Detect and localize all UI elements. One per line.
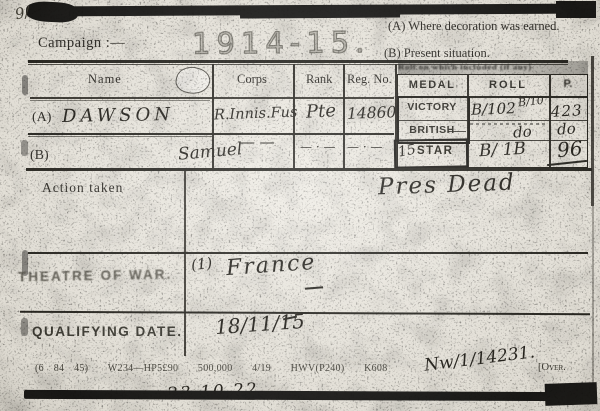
scan-top-blob-right xyxy=(556,1,596,18)
scan-left-mark xyxy=(21,318,28,336)
campaign-stamp-1914-15: 1914-15. xyxy=(192,25,371,61)
star-roll-value: B/ 1B xyxy=(479,139,527,161)
victory-medal-label: VICTORY xyxy=(397,101,467,113)
medal-index-card: 9/ Campaign :— 1914-15. (A) Where decora… xyxy=(0,0,600,411)
roll-col-header: ROLL xyxy=(467,79,549,91)
rule-under-theatre xyxy=(20,311,590,315)
printer-code-line: (6 84 45) W234—HP5£90 500,000 4/19 HWV(P… xyxy=(35,363,388,374)
british-label-strike xyxy=(448,131,466,132)
scan-bottom-band xyxy=(24,390,570,401)
qualifying-date-value: 18/11/15 xyxy=(214,309,305,339)
victory-roll-note: B/10 xyxy=(517,94,544,110)
theatre-value-france: France xyxy=(225,250,317,281)
medal-roll-smudged-heading: Roll on which included (if any) xyxy=(398,61,588,74)
paper-flaw-blob xyxy=(173,63,213,97)
header-name: Name xyxy=(88,72,122,87)
header-rank: Rank xyxy=(306,72,332,87)
scan-left-mark xyxy=(21,140,28,156)
row-b-rank-ditto: — · — xyxy=(300,140,335,154)
page-col-header: P. xyxy=(549,78,587,90)
row-a-corps-value: R.Innis.Fus xyxy=(214,105,298,124)
row-a-label: (A) xyxy=(32,110,51,126)
action-taken-value: Pres Dead xyxy=(378,170,517,201)
header-corps: Corps xyxy=(237,72,267,87)
star-medal-label: STAR xyxy=(417,145,453,157)
rule-under-row-a-2 xyxy=(28,136,212,137)
scan-left-mark xyxy=(22,75,28,95)
row-b-corps-ditto: — — xyxy=(240,133,275,151)
row-b-reg-ditto: — · — xyxy=(347,140,382,154)
note-where-decoration-earned: (A) Where decoration was earned. xyxy=(388,19,560,34)
note-present-situation: (B) Present situation. xyxy=(384,46,490,61)
row-a-reg-no-value: 14860 xyxy=(347,103,397,123)
corner-scribble: 9/ xyxy=(13,3,31,24)
campaign-label: Campaign :— xyxy=(38,35,125,52)
victory-roll-smudge-line xyxy=(470,123,545,125)
victory-roll-value: B/102 xyxy=(471,99,516,119)
row-a-name-value: DAWSON xyxy=(62,104,174,127)
reference-number-note: Nw/1/14231. xyxy=(423,342,536,375)
row-a-rank-value: Pte xyxy=(305,100,336,123)
label-column-divider xyxy=(184,171,186,356)
theatre-value-tail-dash xyxy=(305,286,323,289)
scan-right-edge-line xyxy=(591,56,594,206)
row-b-forename-value: Samuel xyxy=(177,139,243,165)
col-line-rank-reg xyxy=(343,64,345,169)
qualifying-date-label: QUALIFYING DATE. xyxy=(32,324,183,339)
row-b-label: (B) xyxy=(30,148,49,164)
header-reg-no: Reg. No. xyxy=(347,72,392,87)
rule-under-headers-2 xyxy=(30,100,210,101)
medal-roll-smudged-heading-text: Roll on which included (if any) xyxy=(398,63,588,72)
scan-bottom-blob-right xyxy=(545,382,598,406)
scan-right-edge-line-lower xyxy=(592,206,594,391)
star-page-value: 96 xyxy=(556,136,583,162)
theatre-entry-number: (1) xyxy=(190,254,213,274)
rule-under-row-a xyxy=(28,133,394,135)
scan-top-bulge xyxy=(240,5,400,18)
star-prefix-15: 15 xyxy=(397,142,417,161)
rule-under-headers xyxy=(30,97,394,99)
theatre-of-war-label: THEATRE OF WAR. xyxy=(18,266,173,284)
british-medal-label: BRITISH xyxy=(397,124,467,136)
victory-page-value: 423 xyxy=(551,101,584,121)
medal-col-header: MEDAL xyxy=(397,79,467,91)
scan-top-blob-left xyxy=(26,1,79,24)
action-taken-label: Action taken xyxy=(42,180,123,196)
over-note: [Over. xyxy=(538,362,566,373)
